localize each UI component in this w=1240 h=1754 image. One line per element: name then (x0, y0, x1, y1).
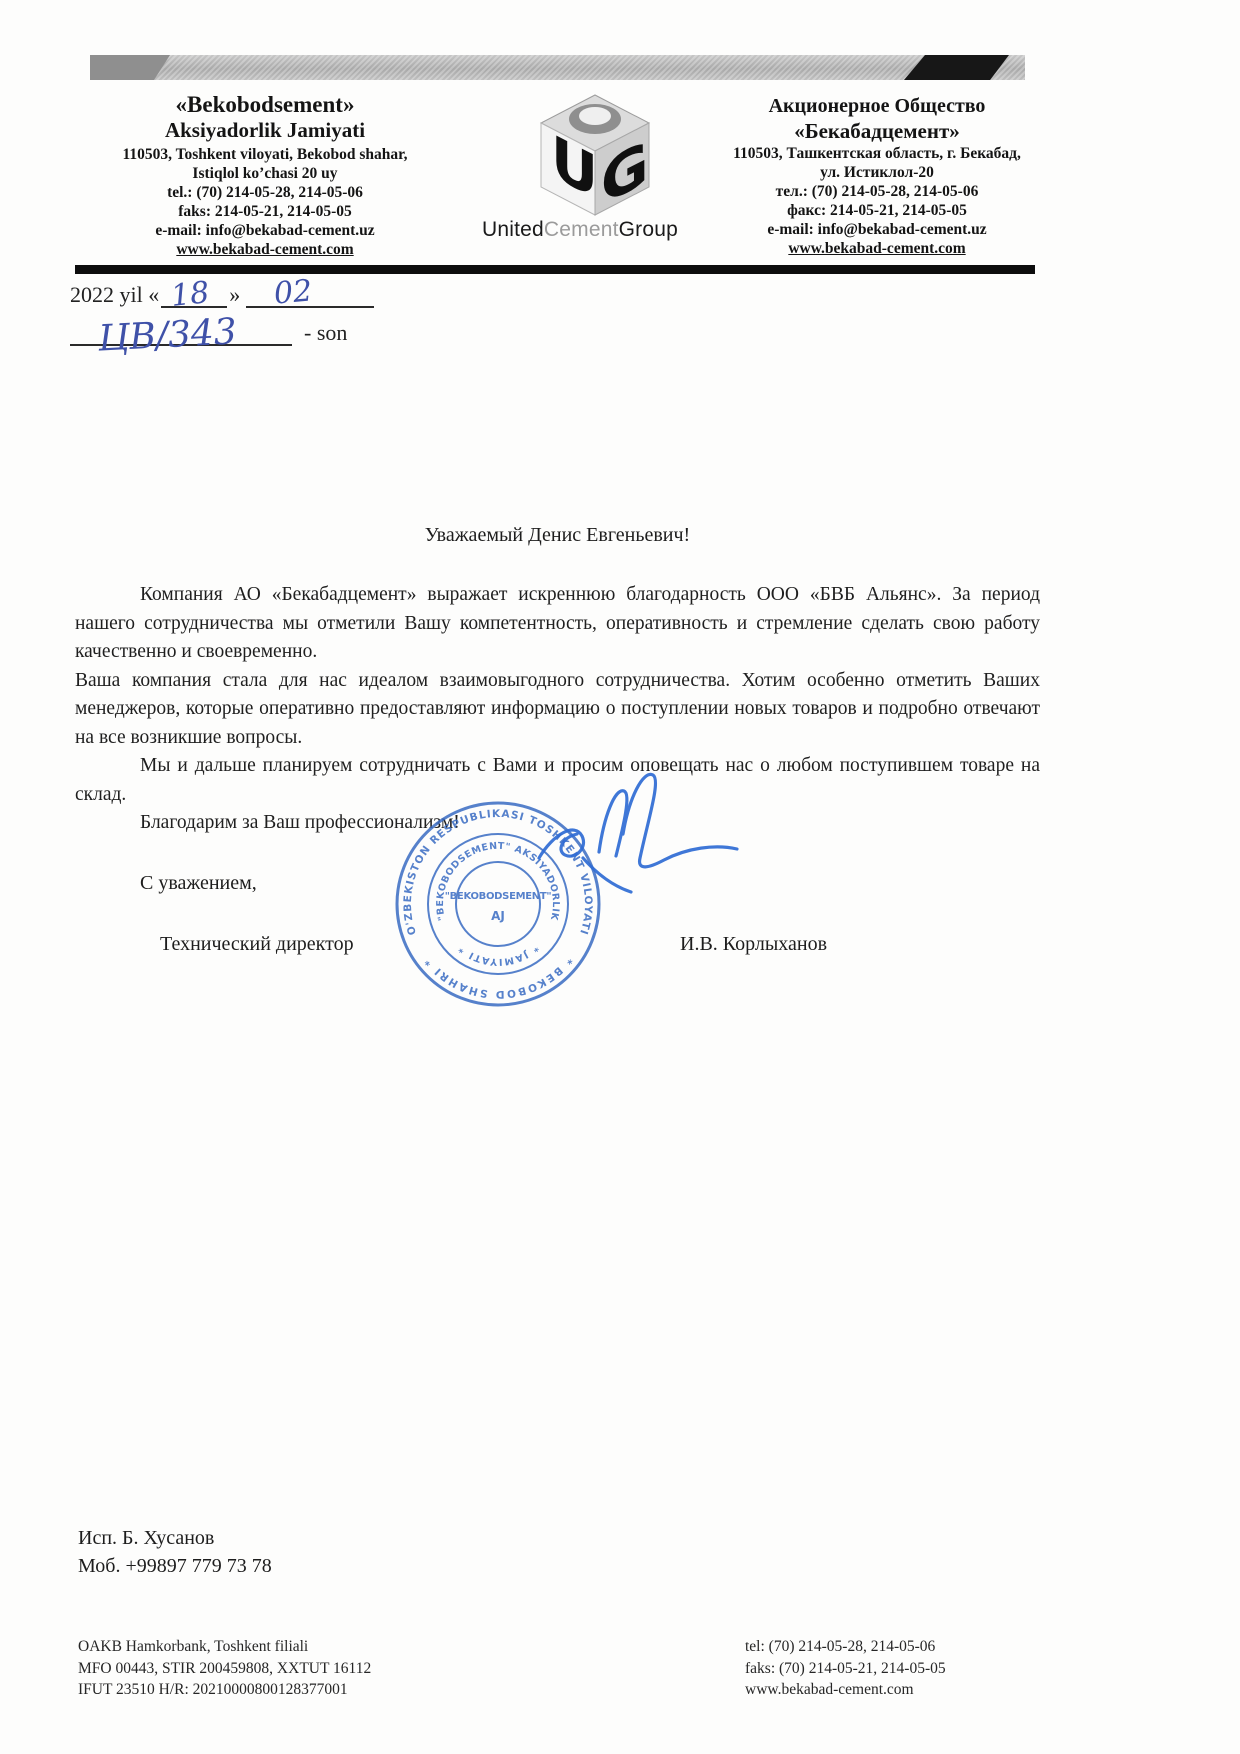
scanned-letter-page: «Bekobodsement» Aksiyadorlik Jamiyati 11… (0, 0, 1240, 1754)
number-slot: ЦВ/343 (70, 344, 292, 346)
executor-block: Исп. Б. Хусанов Моб. +99897 779 73 78 (78, 1524, 272, 1580)
logo-caption-group: Group (619, 218, 678, 241)
top-bar-right-segment (904, 55, 1009, 80)
signer-title: Технический директор (160, 933, 354, 956)
date-close-quote: » (229, 282, 240, 308)
footer-fax: faks: (70) 214-05-21, 214-05-05 (745, 1658, 946, 1680)
number-suffix: - son (304, 320, 347, 346)
letterhead-top-bar (90, 55, 1025, 80)
footer-website: www.bekabad-cement.com (745, 1679, 946, 1701)
company-fax-ru: факс: 214-05-21, 214-05-05 (692, 201, 1062, 220)
reference-block: 2022 yil « 18 » 02 ЦВ/343 - son (70, 278, 374, 346)
logo-caption: UnitedCementGroup (455, 218, 705, 242)
salutation: Уважаемый Денис Евгеньевич! (75, 524, 1040, 547)
company-fax-uz: faks: 214-05-21, 214-05-05 (80, 202, 450, 221)
stamp-center-aj: AJ (491, 909, 505, 923)
day-slot: 18 (161, 306, 227, 308)
signer-name: И.В. Корлыханов (680, 933, 827, 956)
company-email-ru: e-mail: info@bekabad-cement.uz (692, 220, 1062, 239)
company-tel-uz: tel.: (70) 214-05-28, 214-05-06 (80, 183, 450, 202)
handwritten-day: 18 (170, 275, 212, 314)
footer-contacts: tel: (70) 214-05-28, 214-05-06 faks: (70… (745, 1636, 946, 1701)
month-slot: 02 (246, 306, 374, 308)
ucg-cube-logo: U G (535, 93, 655, 217)
company-website-ru: www.bekabad-cement.com (692, 239, 1062, 258)
company-website-uz: www.bekabad-cement.com (80, 240, 450, 259)
footer-tel: tel: (70) 214-05-28, 214-05-06 (745, 1636, 946, 1658)
handwritten-month: 02 (273, 273, 314, 311)
company-tel-ru: тел.: (70) 214-05-28, 214-05-06 (692, 182, 1062, 201)
paragraph-2: Ваша компания стала для нас идеалом взаи… (75, 667, 1040, 753)
company-info-ru: Акционерное Общество «Бекабадцемент» 110… (692, 94, 1062, 258)
cube-ring-hole (579, 107, 611, 125)
handwritten-number: ЦВ/343 (97, 311, 238, 359)
company-address-uz-2: Istiqlol ko’chasi 20 uy (80, 164, 450, 183)
company-name-uz: «Bekobodsement» (80, 92, 450, 118)
number-line: ЦВ/343 - son (70, 316, 374, 346)
bank-line-2: MFO 00443, STIR 200459808, XXTUT 16112 (78, 1658, 371, 1680)
company-email-uz: e-mail: info@bekabad-cement.uz (80, 221, 450, 240)
company-name-ru: «Бекабадцемент» (692, 118, 1062, 144)
executor-mobile: Моб. +99897 779 73 78 (78, 1552, 272, 1580)
signature-ink (525, 762, 755, 902)
company-address-ru-2: ул. Истиклол-20 (692, 163, 1062, 182)
company-address-ru-1: 110503, Ташкентская область, г. Бекабад, (692, 144, 1062, 163)
company-form-ru: Акционерное Общество (692, 94, 1062, 118)
bank-line-1: OAKB Hamkorbank, Toshkent filiali (78, 1636, 371, 1658)
date-line: 2022 yil « 18 » 02 (70, 278, 374, 308)
bank-line-3: IFUT 23510 H/R: 20210000800128377001 (78, 1679, 371, 1701)
company-form-uz: Aksiyadorlik Jamiyati (80, 118, 450, 142)
bank-details: OAKB Hamkorbank, Toshkent filiali MFO 00… (78, 1636, 371, 1701)
logo-caption-cement: Cement (544, 218, 619, 241)
paragraph-1: Компания АО «Бекабадцемент» выражает иск… (75, 581, 1040, 667)
company-info-uz: «Bekobodsement» Aksiyadorlik Jamiyati 11… (80, 92, 450, 259)
executor-name: Исп. Б. Хусанов (78, 1524, 272, 1552)
header-divider-bar (75, 265, 1035, 274)
logo-caption-united: United (482, 218, 544, 241)
date-prefix: 2022 yil « (70, 282, 159, 308)
company-address-uz-1: 110503, Toshkent viloyati, Bekobod shaha… (80, 145, 450, 164)
top-bar-left-segment (90, 55, 170, 80)
